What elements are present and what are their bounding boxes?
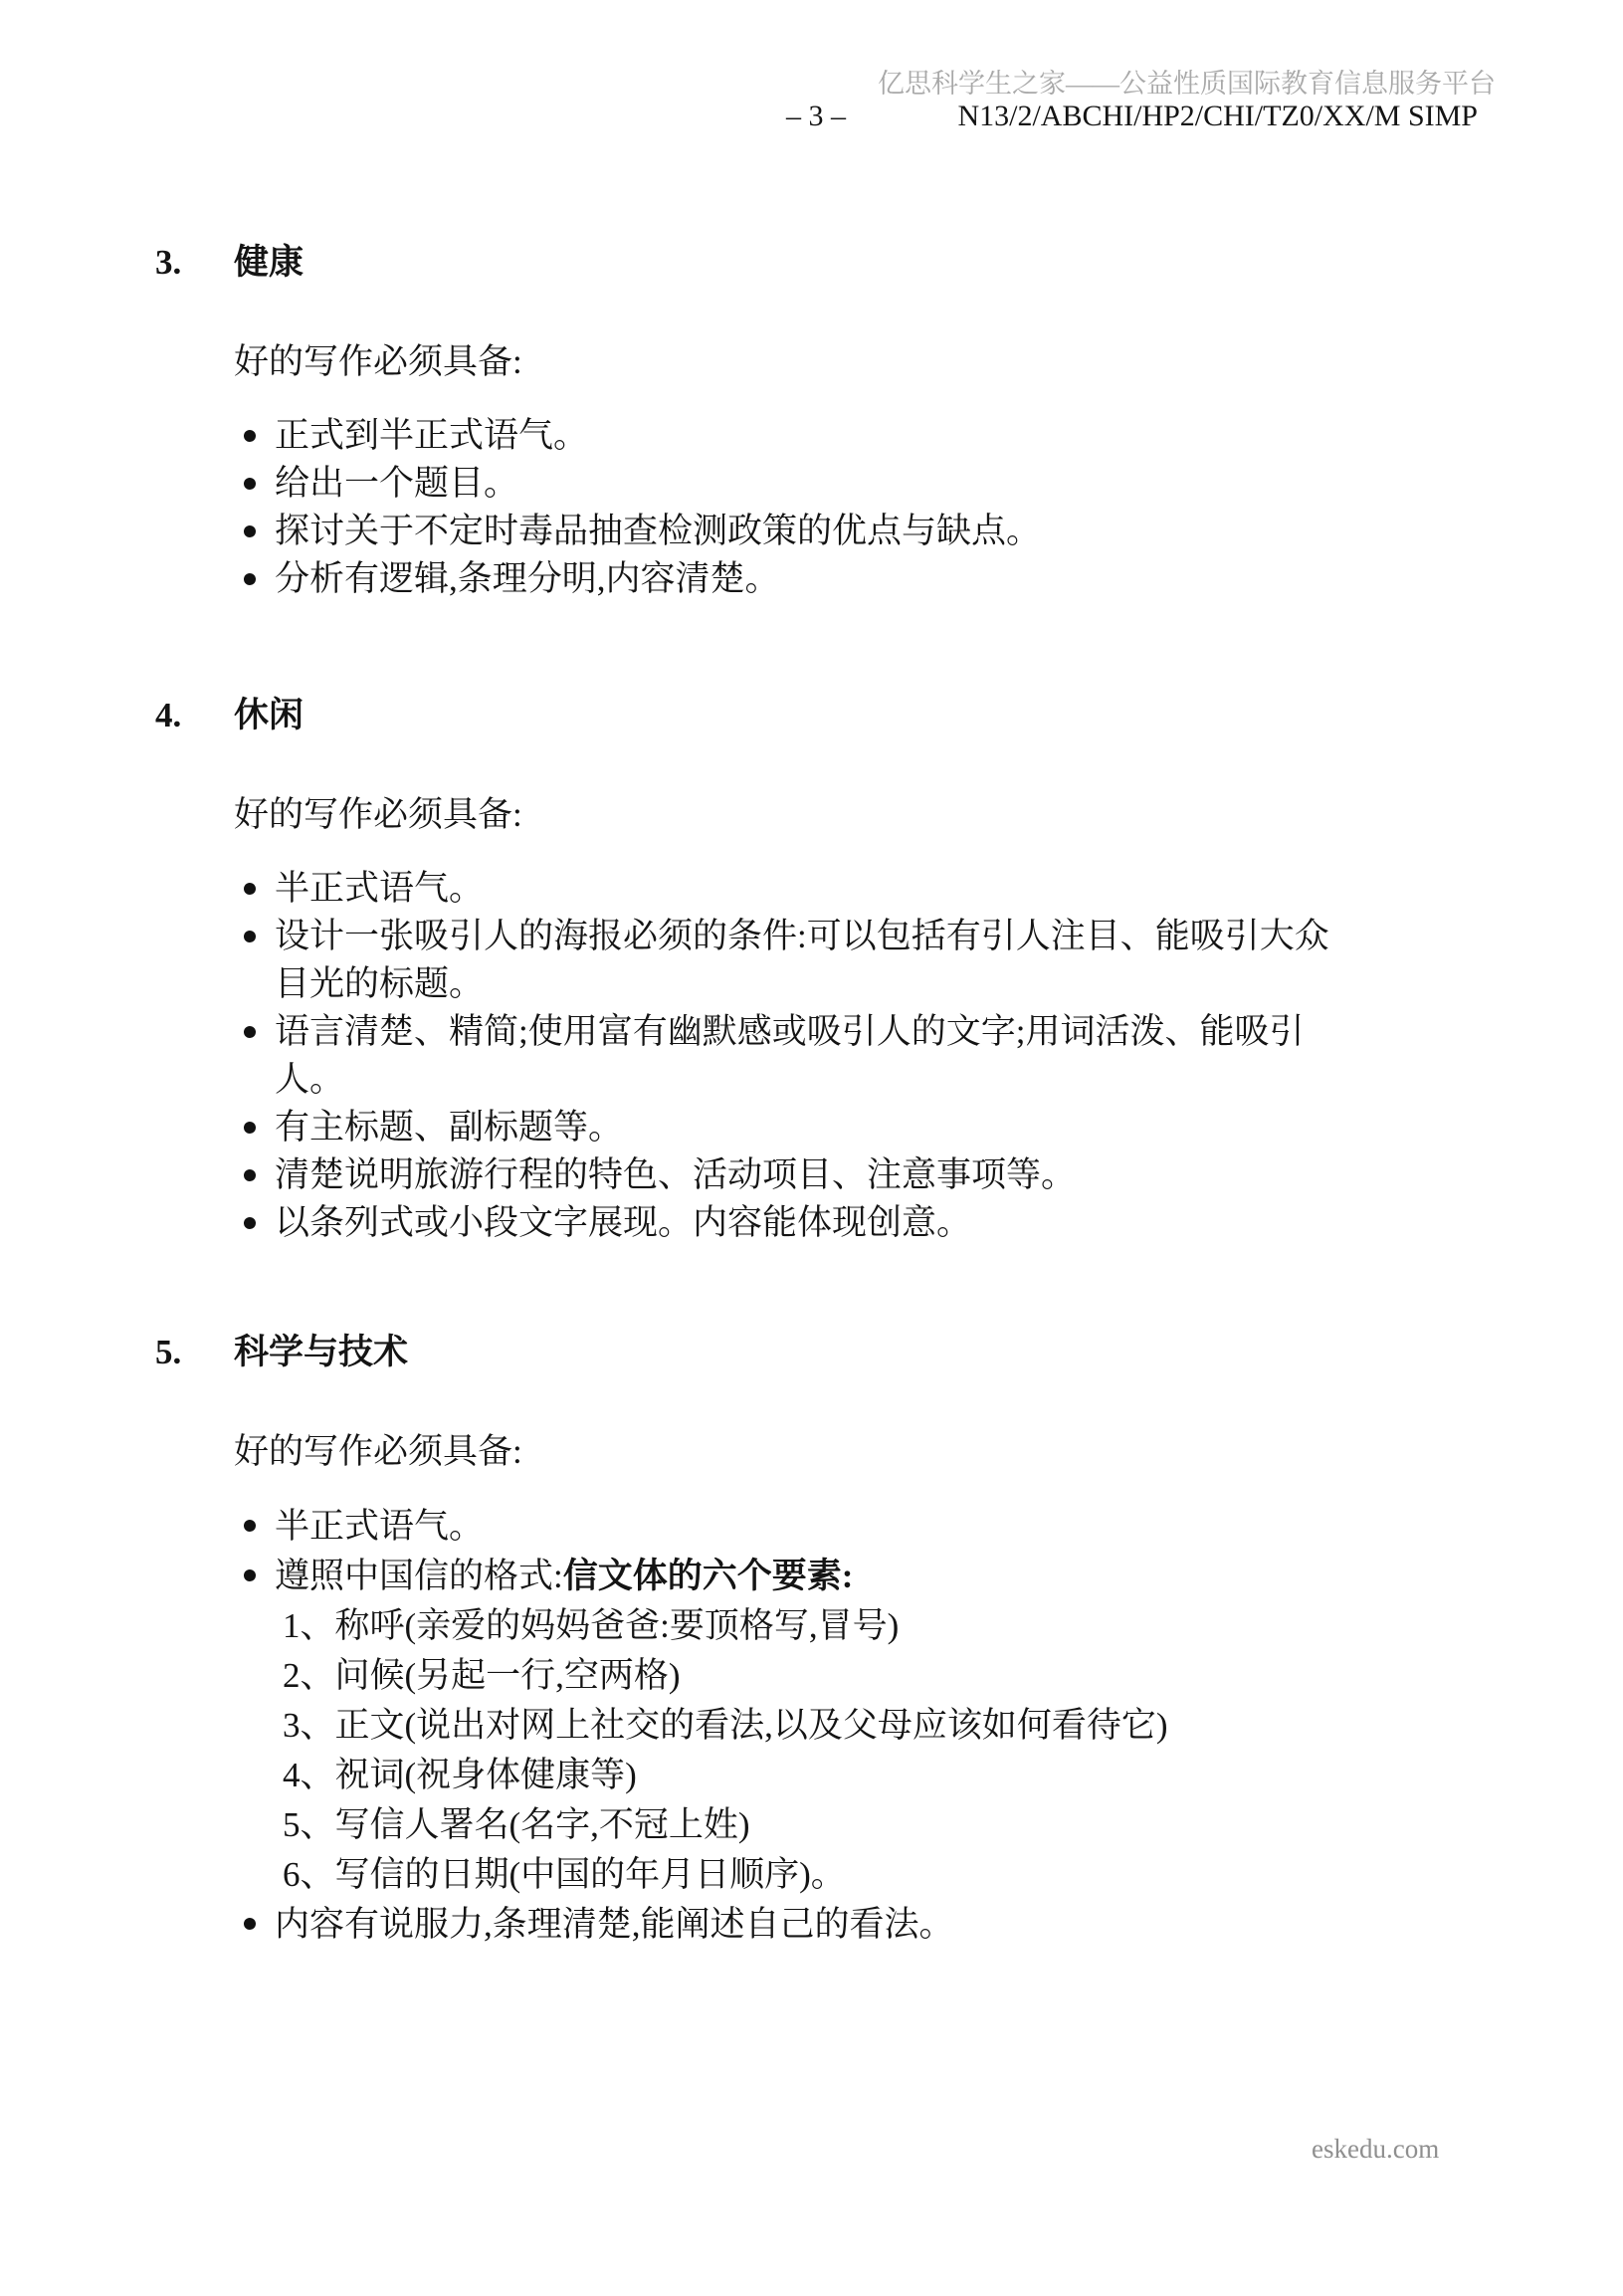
section-title: 健康 bbox=[234, 243, 304, 282]
section-health: 3.健康 好的写作必须具备: 正式到半正式语气。 给出一个题目。 探讨关于不定时… bbox=[155, 242, 1439, 603]
list-item: 有主标题、副标题等。 bbox=[155, 1104, 1439, 1151]
bullet-list: 半正式语气。 遵照中国信的格式:信文体的六个要素: 1、称呼(亲爱的妈妈爸爸:要… bbox=[155, 1502, 1439, 1950]
section-heading: 3.健康 bbox=[155, 242, 1439, 284]
site-footer: eskedu.com bbox=[1312, 2134, 1439, 2165]
list-item: 遵照中国信的格式:信文体的六个要素: 1、称呼(亲爱的妈妈爸爸:要顶格写,冒号)… bbox=[155, 1552, 1439, 1900]
section-number: 5. bbox=[155, 1332, 234, 1373]
bullet-icon bbox=[244, 430, 256, 442]
section-heading: 4.休闲 bbox=[155, 695, 1439, 736]
numbered-item: 5、写信人署名(名字,不冠上姓) bbox=[283, 1800, 1361, 1850]
list-item-text: 遵照中国信的格式:信文体的六个要素: 1、称呼(亲爱的妈妈爸爸:要顶格写,冒号)… bbox=[275, 1552, 1361, 1900]
list-item: 清楚说明旅游行程的特色、活动项目、注意事项等。 bbox=[155, 1151, 1439, 1199]
section-intro: 好的写作必须具备: bbox=[155, 338, 1439, 386]
letter-format-label: 遵照中国信的格式: bbox=[275, 1557, 563, 1595]
numbered-list: 1、称呼(亲爱的妈妈爸爸:要顶格写,冒号) 2、问候(另起一行,空两格) 3、正… bbox=[275, 1601, 1361, 1900]
numbered-item: 2、问候(另起一行,空两格) bbox=[283, 1651, 1361, 1701]
section-number: 4. bbox=[155, 695, 234, 736]
section-intro: 好的写作必须具备: bbox=[155, 1428, 1439, 1476]
list-item: 正式到半正式语气。 bbox=[155, 412, 1439, 460]
section-leisure: 4.休闲 好的写作必须具备: 半正式语气。 设计一张吸引人的海报必须的条件:可以… bbox=[155, 695, 1439, 1247]
list-item-text: 探讨关于不定时毒品抽查检测政策的优点与缺点。 bbox=[275, 508, 1361, 555]
section-intro: 好的写作必须具备: bbox=[155, 791, 1439, 839]
numbered-item: 1、称呼(亲爱的妈妈爸爸:要顶格写,冒号) bbox=[283, 1601, 1361, 1651]
numbered-item: 4、祝词(祝身体健康等) bbox=[283, 1751, 1361, 1800]
bullet-icon bbox=[244, 478, 256, 490]
list-item: 探讨关于不定时毒品抽查检测政策的优点与缺点。 bbox=[155, 508, 1439, 555]
bullet-icon bbox=[244, 1169, 256, 1181]
list-item-text: 语言清楚、精简;使用富有幽默感或吸引人的文字;用词活泼、能吸引人。 bbox=[275, 1008, 1361, 1104]
bullet-icon bbox=[244, 883, 256, 895]
list-item: 给出一个题目。 bbox=[155, 460, 1439, 508]
list-item: 半正式语气。 bbox=[155, 1502, 1439, 1552]
list-item: 半正式语气。 bbox=[155, 865, 1439, 913]
bullet-list: 半正式语气。 设计一张吸引人的海报必须的条件:可以包括有引人注目、能吸引大众目光… bbox=[155, 865, 1439, 1247]
page-number: – 3 – bbox=[786, 100, 846, 133]
bullet-icon bbox=[244, 1918, 256, 1930]
list-item-text: 内容有说服力,条理清楚,能阐述自己的看法。 bbox=[275, 1900, 1361, 1950]
bullet-icon bbox=[244, 1569, 256, 1581]
bullet-list: 正式到半正式语气。 给出一个题目。 探讨关于不定时毒品抽查检测政策的优点与缺点。… bbox=[155, 412, 1439, 603]
paper-code: N13/2/ABCHI/HP2/CHI/TZ0/XX/M SIMP bbox=[957, 100, 1478, 133]
list-item-text: 分析有逻辑,条理分明,内容清楚。 bbox=[275, 555, 1361, 603]
section-science-technology: 5.科学与技术 好的写作必须具备: 半正式语气。 遵照中国信的格式:信文体的六个… bbox=[155, 1332, 1439, 1950]
section-title: 休闲 bbox=[234, 696, 304, 734]
numbered-item: 6、写信的日期(中国的年月日顺序)。 bbox=[283, 1850, 1361, 1900]
list-item: 分析有逻辑,条理分明,内容清楚。 bbox=[155, 555, 1439, 603]
bullet-icon bbox=[244, 525, 256, 537]
bullet-icon bbox=[244, 1520, 256, 1532]
section-title: 科学与技术 bbox=[234, 1333, 408, 1371]
list-item: 内容有说服力,条理清楚,能阐述自己的看法。 bbox=[155, 1900, 1439, 1950]
list-item: 语言清楚、精简;使用富有幽默感或吸引人的文字;用词活泼、能吸引人。 bbox=[155, 1008, 1439, 1104]
document-page: 亿思科学生之家——公益性质国际教育信息服务平台 – 3 – N13/2/ABCH… bbox=[0, 0, 1623, 2296]
list-item-text: 正式到半正式语气。 bbox=[275, 412, 1361, 460]
bullet-icon bbox=[244, 1122, 256, 1134]
list-item-text: 设计一张吸引人的海报必须的条件:可以包括有引人注目、能吸引大众目光的标题。 bbox=[275, 913, 1361, 1008]
list-item-text: 以条列式或小段文字展现。内容能体现创意。 bbox=[275, 1199, 1361, 1247]
bullet-icon bbox=[244, 931, 256, 942]
list-item: 设计一张吸引人的海报必须的条件:可以包括有引人注目、能吸引大众目光的标题。 bbox=[155, 913, 1439, 1008]
letter-elements-label: 信文体的六个要素: bbox=[563, 1557, 854, 1595]
list-item-text: 清楚说明旅游行程的特色、活动项目、注意事项等。 bbox=[275, 1151, 1361, 1199]
section-number: 3. bbox=[155, 242, 234, 284]
list-item-text: 给出一个题目。 bbox=[275, 460, 1361, 508]
bullet-icon bbox=[244, 1026, 256, 1038]
bullet-icon bbox=[244, 573, 256, 585]
list-item: 以条列式或小段文字展现。内容能体现创意。 bbox=[155, 1199, 1439, 1247]
watermark-text: 亿思科学生之家——公益性质国际教育信息服务平台 bbox=[878, 68, 1496, 100]
list-item-text: 半正式语气。 bbox=[275, 1502, 1361, 1552]
section-heading: 5.科学与技术 bbox=[155, 1332, 1439, 1373]
list-item-text: 有主标题、副标题等。 bbox=[275, 1104, 1361, 1151]
numbered-item: 3、正文(说出对网上社交的看法,以及父母应该如何看待它) bbox=[283, 1701, 1361, 1751]
bullet-icon bbox=[244, 1217, 256, 1229]
list-item-text: 半正式语气。 bbox=[275, 865, 1361, 913]
